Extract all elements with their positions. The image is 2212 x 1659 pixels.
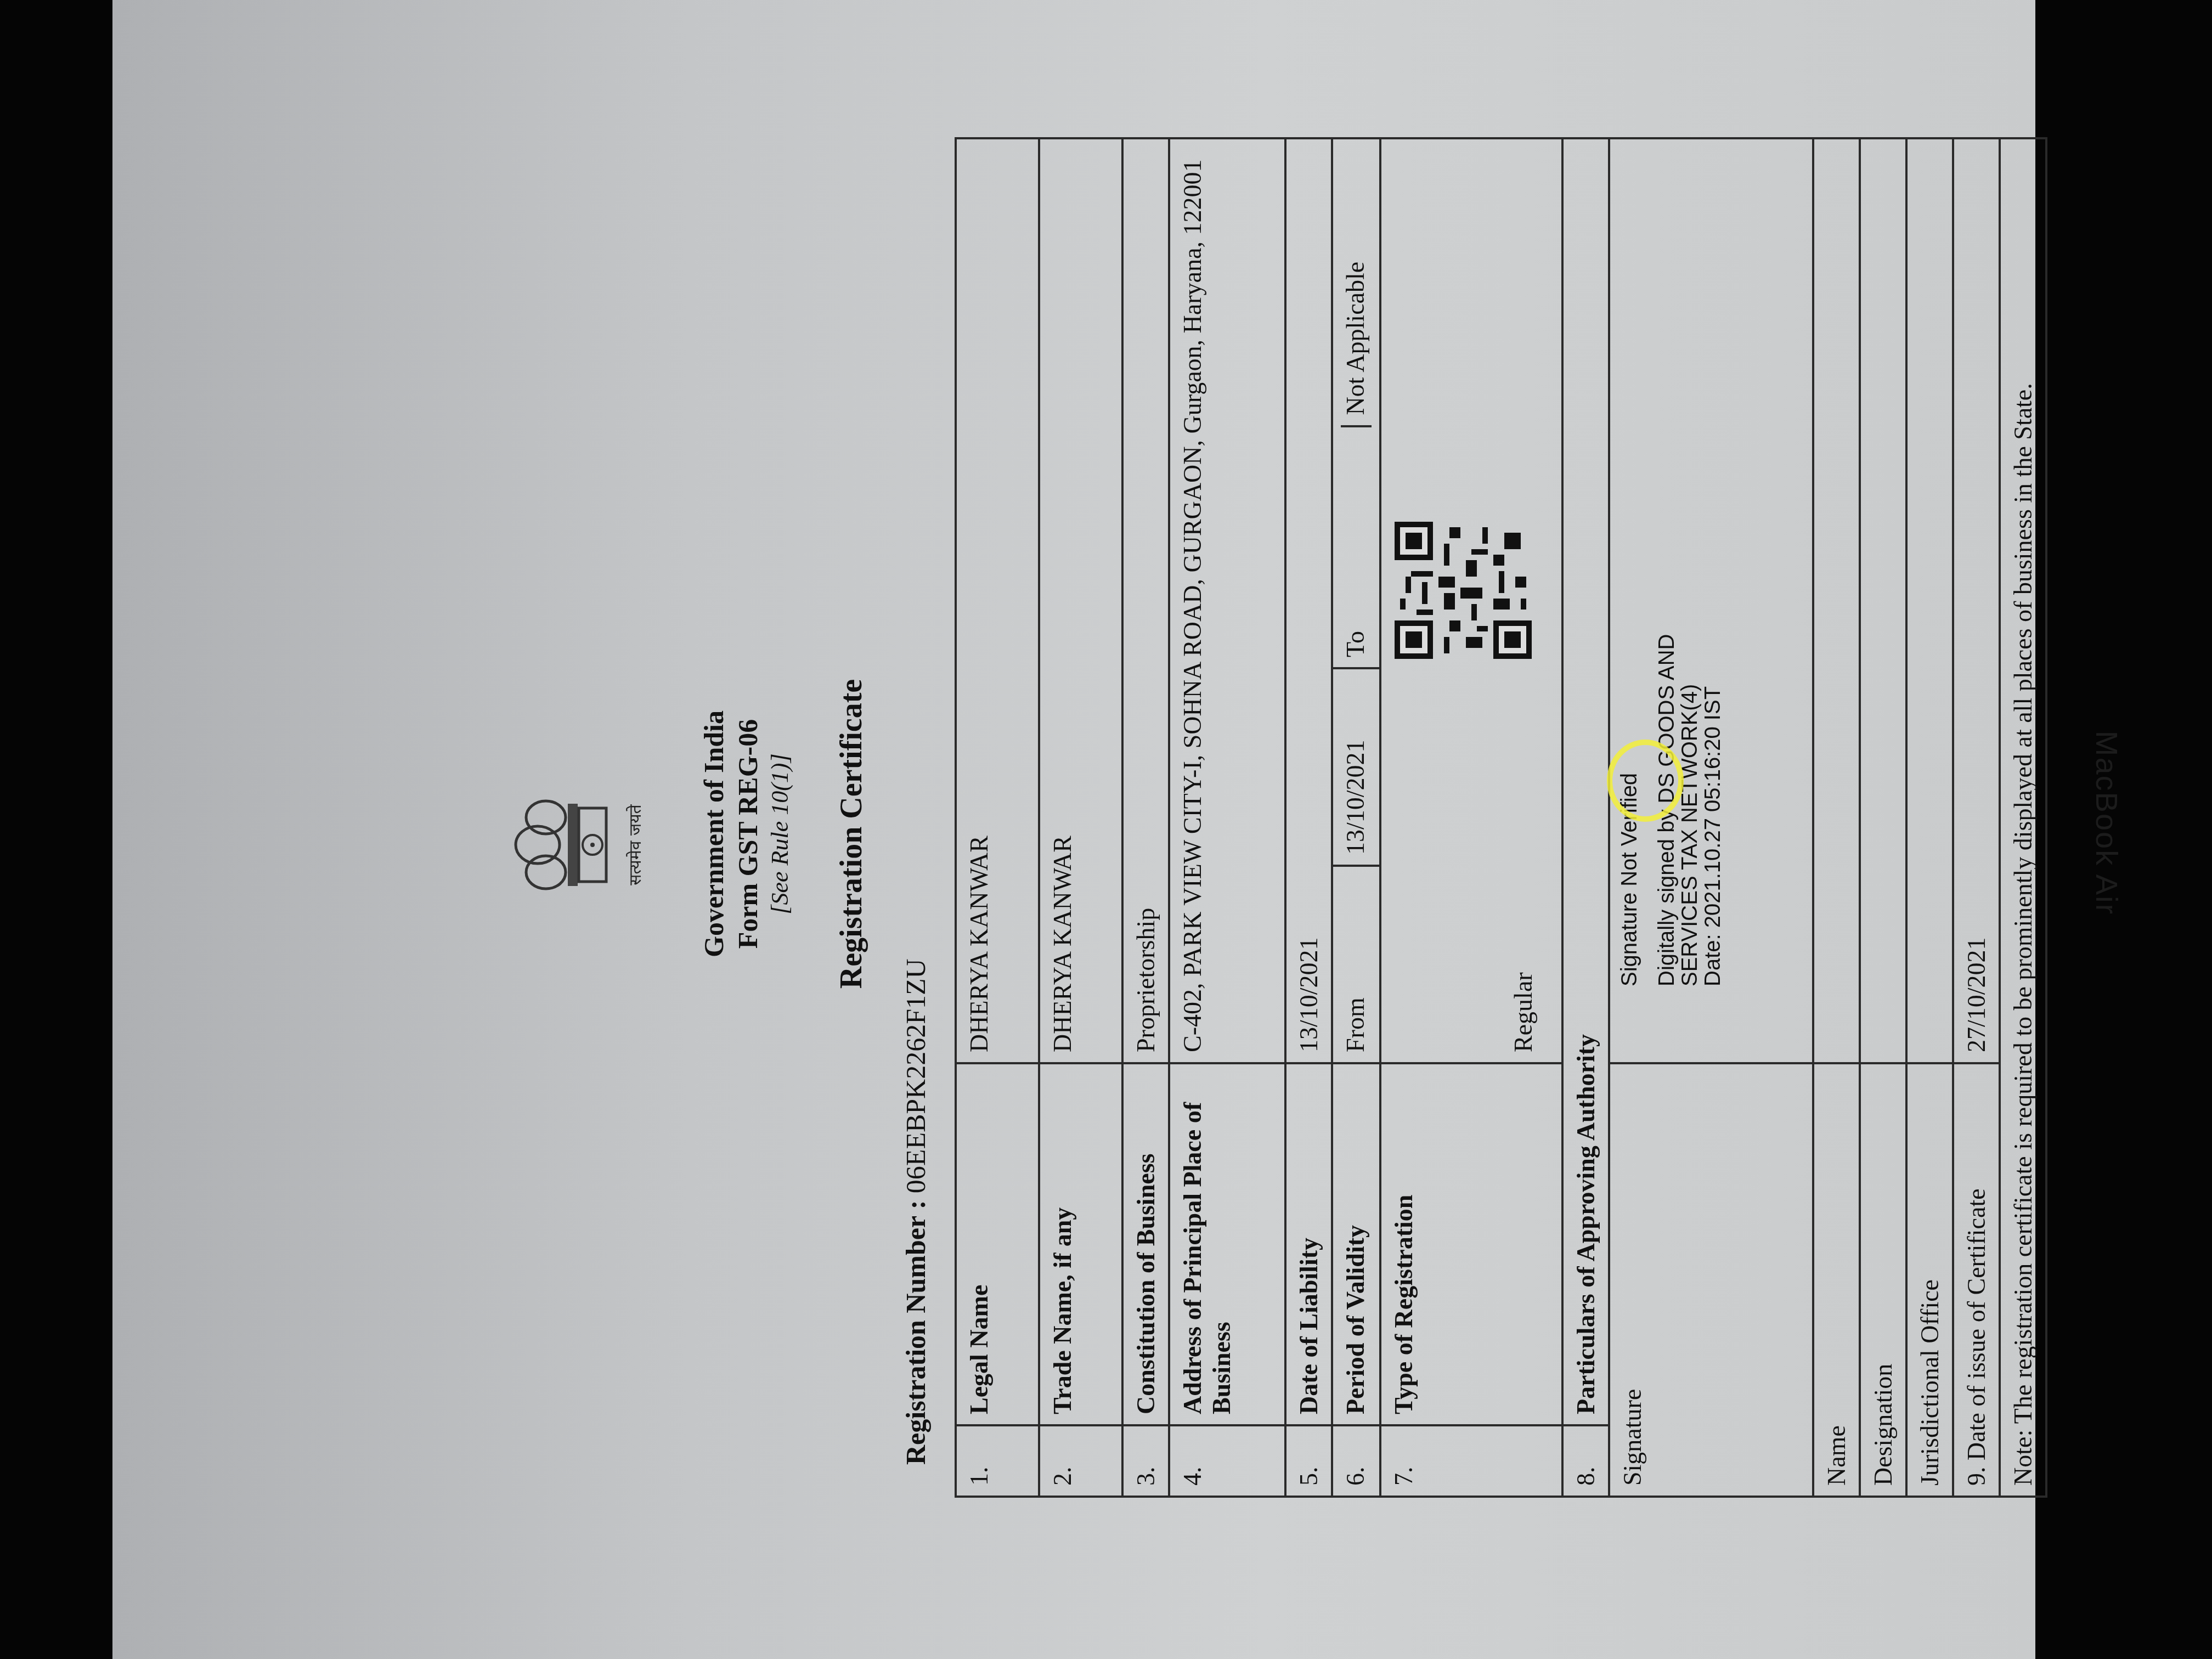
signed-by-line-1: Digitally signed by DS GOODS AND [1655, 149, 1678, 986]
row-label: Constitution of Business [1122, 1063, 1169, 1425]
emblem-motto: सत्यमेव जयते [623, 804, 646, 885]
registration-number-label: Registration Number : [900, 1200, 931, 1465]
registration-number: Registration Number : 06EEBPK2262F1ZU [900, 958, 932, 1465]
table-row: 5. Date of Liability 13/10/2021 [1285, 138, 1332, 1497]
table-row: 6. Period of Validity From 13/10/2021 To… [1332, 138, 1380, 1497]
registration-number-value: 06EEBPK2262F1ZU [900, 958, 931, 1193]
table-row: Jurisdictional Office [1906, 138, 1953, 1497]
table-row: Name [1813, 138, 1860, 1497]
note-row: Note: The registration certificate is re… [2000, 138, 2046, 1497]
row-label: Trade Name, if any [1039, 1063, 1122, 1425]
registration-certificate-page: सत्यमेव जयते Government of India Form GS… [494, 71, 1810, 1596]
signed-date: Date: 2021.10.27 05:16:20 IST [1701, 149, 1724, 986]
row-label: Period of Validity [1332, 1063, 1380, 1425]
signed-by-line-2: SERVICES TAX NETWORK(4) [1678, 149, 1701, 986]
row-number: 1. [956, 1425, 1039, 1497]
address-value: C-402, PARK VIEW CITY-I, SOHNA ROAD, GUR… [1169, 138, 1285, 1063]
jurisdictional-office-label: Jurisdictional Office [1906, 1063, 1953, 1497]
ashoka-emblem-icon [505, 793, 620, 897]
approving-authority-heading: Particulars of Approving Authority [1562, 138, 1609, 1425]
rule-reference: [See Rule 10(1)] [765, 71, 795, 1596]
registration-type-cell: Regular [1380, 138, 1562, 1063]
unverified-mark-icon [1607, 740, 1684, 822]
row-number: 5. [1285, 1425, 1332, 1497]
display-note: Note: The registration certificate is re… [2000, 138, 2046, 1497]
certificate-table: 1. Legal Name DHERYA KANWAR 2. Trade Nam… [955, 137, 2047, 1498]
validity-to-value: Not Applicable [1341, 262, 1372, 427]
jurisdictional-office-value [1906, 138, 1953, 1063]
row-number: 4. [1169, 1425, 1285, 1497]
authority-name-label: Name [1813, 1063, 1860, 1497]
registration-type-value: Regular [1509, 972, 1537, 1052]
row-label: Legal Name [956, 1063, 1039, 1425]
liability-date-value: 13/10/2021 [1285, 138, 1332, 1063]
table-row: 2. Trade Name, if any DHERYA KANWAR [1039, 138, 1122, 1497]
validity-from-label: From [1332, 866, 1380, 1063]
form-number: Form GST REG-06 [731, 71, 765, 1596]
row-number: 6. [1332, 1425, 1380, 1497]
legal-name-value: DHERYA KANWAR [956, 138, 1039, 1063]
table-row: 9. Date of issue of Certificate 27/10/20… [1953, 138, 2000, 1497]
table-row: Designation [1860, 138, 1906, 1497]
validity-from-value: 13/10/2021 [1332, 668, 1380, 866]
row-number: 3. [1122, 1425, 1169, 1497]
table-row: 7. Type of Registration Regular [1380, 138, 1562, 1497]
digital-signature: Signature Not Verified Digitally signed … [1609, 138, 1813, 1063]
row-label: Address of Principal Place of Business [1169, 1063, 1285, 1425]
issue-date-value: 27/10/2021 [1953, 138, 2000, 1063]
document-header: Government of India Form GST REG-06 [See… [697, 71, 869, 1596]
bezel-brand-label: MacBook Air [2089, 731, 2125, 915]
qr-code-icon [1395, 522, 1532, 659]
designation-label: Designation [1860, 1063, 1906, 1497]
issuer: Government of India [697, 71, 731, 1596]
row-number: 7. [1380, 1425, 1562, 1497]
row-number: 8. [1562, 1425, 1609, 1497]
validity-to-label: To [1341, 631, 1369, 657]
table-row: 1. Legal Name DHERYA KANWAR [956, 138, 1039, 1497]
trade-name-value: DHERYA KANWAR [1039, 138, 1122, 1063]
table-row: 4. Address of Principal Place of Busines… [1169, 138, 1285, 1497]
validity-to: To Not Applicable [1332, 138, 1380, 668]
signature-label: Signature [1609, 1063, 1813, 1497]
row-label: Type of Registration [1380, 1063, 1562, 1425]
signature-row: Signature Signature Not Verified Digital… [1609, 138, 1813, 1497]
authority-name-value [1813, 138, 1860, 1063]
state-emblem: सत्यमेव जयते [505, 771, 658, 919]
row-number: 2. [1039, 1425, 1122, 1497]
issue-date-label: 9. Date of issue of Certificate [1953, 1063, 2000, 1497]
table-row: 8. Particulars of Approving Authority [1562, 138, 1609, 1497]
designation-value [1860, 138, 1906, 1063]
constitution-value: Proprietorship [1122, 138, 1169, 1063]
document-title: Registration Certificate [834, 71, 869, 1596]
table-row: 3. Constitution of Business Proprietorsh… [1122, 138, 1169, 1497]
row-label: Date of Liability [1285, 1063, 1332, 1425]
